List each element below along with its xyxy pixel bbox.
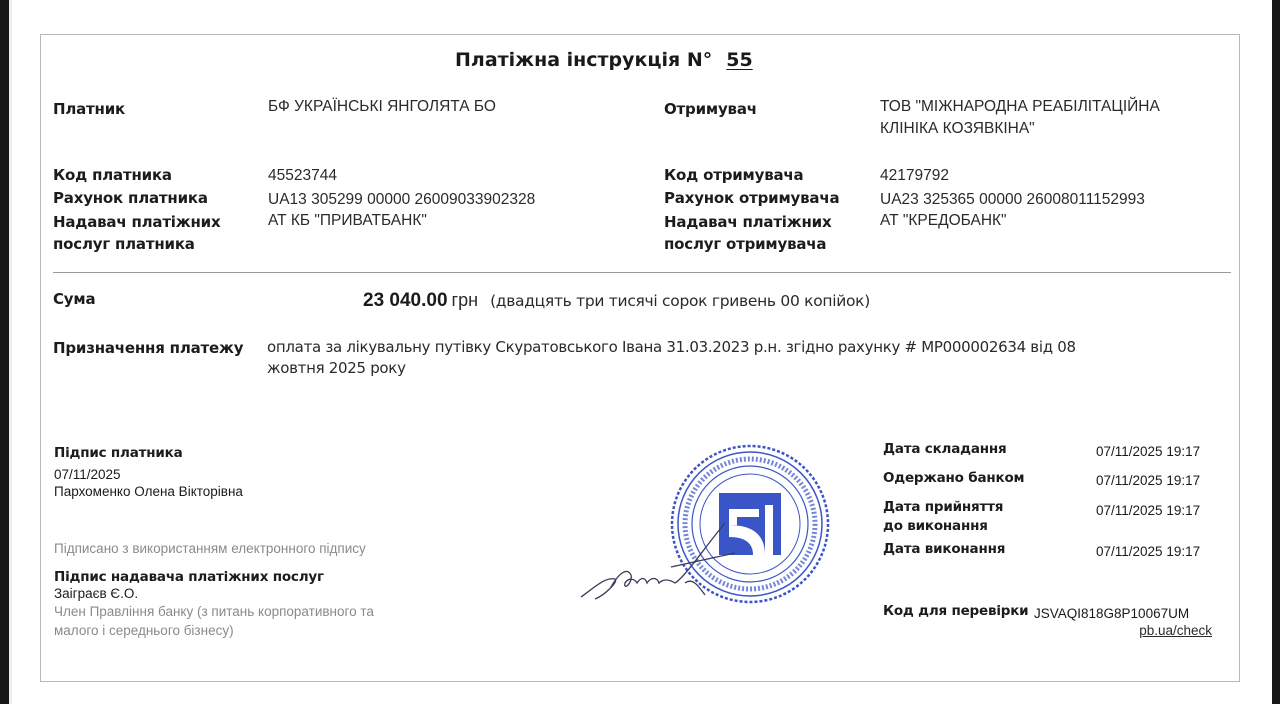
recipient-account-label: Рахунок отримувача: [664, 187, 839, 209]
payer-code-label: Код платника: [53, 164, 172, 186]
payer-label: Платник: [53, 98, 125, 120]
amount: 23 040.00грн(двадцять три тисячі сорок г…: [363, 290, 870, 312]
payer-provider-label-line1: Надавач платіжних: [53, 211, 220, 233]
recipient-provider-label-line2: послуг отримувача: [664, 233, 831, 255]
payer-account: UA13 305299 00000 26009033902328: [268, 189, 535, 211]
provider-signature-position: Член Правління банку (з питань корпорати…: [54, 602, 374, 640]
amount-label: Сума: [53, 288, 95, 310]
provider-position-line1: Член Правління банку (з питань корпорати…: [54, 602, 374, 621]
recipient-provider-label: Надавач платіжних послуг отримувача: [664, 211, 831, 255]
purpose-line2: жовтня 2025 року: [267, 358, 1076, 379]
recipient-name-line1: ТОВ "МІЖНАРОДНА РЕАБІЛІТАЦІЙНА: [880, 96, 1160, 118]
provider-signature-name: Заіграєв Є.О.: [54, 584, 138, 603]
recipient-name-line2: КЛІНІКА КОЗЯВКІНА": [880, 118, 1160, 140]
date-received-value: 07/11/2025 19:17: [1096, 471, 1200, 490]
date-executed-label: Дата виконання: [883, 540, 1005, 559]
document-title: Платіжна інструкція N°55: [455, 49, 753, 71]
payer-signature-label: Підпис платника: [54, 444, 183, 463]
payer-provider-label: Надавач платіжних послуг платника: [53, 211, 220, 255]
date-accepted-label-line1: Дата прийняття: [883, 498, 1003, 517]
handwritten-signature-icon: [575, 517, 745, 607]
section-divider: [53, 272, 1231, 273]
recipient-provider-label-line1: Надавач платіжних: [664, 211, 831, 233]
date-received-label: Одержано банком: [883, 469, 1024, 488]
recipient-provider: АТ "КРЕДОБАНК": [880, 210, 1007, 232]
verification-label: Код для перевірки: [883, 602, 1028, 621]
window-edge-strip: [9, 0, 12, 704]
window-edge-right: [1272, 0, 1280, 704]
date-executed-value: 07/11/2025 19:17: [1096, 542, 1200, 561]
window-edge-left: [0, 0, 9, 704]
date-created-label: Дата складання: [883, 440, 1006, 459]
date-accepted-label: Дата прийняття до виконання: [883, 498, 1003, 536]
recipient-label: Отримувач: [664, 98, 757, 120]
payer-name: БФ УКРАЇНСЬКІ ЯНГОЛЯТА БО: [268, 96, 496, 118]
amount-value: 23 040.00: [363, 290, 448, 311]
date-created-value: 07/11/2025 19:17: [1096, 442, 1200, 461]
payer-provider-label-line2: послуг платника: [53, 233, 220, 255]
recipient-account: UA23 325365 00000 26008011152993: [880, 189, 1145, 211]
recipient-code: 42179792: [880, 165, 949, 187]
payer-code: 45523744: [268, 165, 337, 187]
payer-signature-name: Пархоменко Олена Вікторівна: [54, 482, 243, 501]
date-accepted-value: 07/11/2025 19:17: [1096, 501, 1200, 520]
amount-currency: грн: [452, 290, 479, 310]
purpose-text: оплата за лікувальну путівку Скуратовськ…: [267, 337, 1076, 379]
payer-provider: АТ КБ "ПРИВАТБАНК": [268, 210, 427, 232]
purpose-line1: оплата за лікувальну путівку Скуратовськ…: [267, 337, 1076, 358]
date-accepted-label-line2: до виконання: [883, 517, 1003, 536]
payer-account-label: Рахунок платника: [53, 187, 208, 209]
document-title-text: Платіжна інструкція N°: [455, 49, 712, 71]
recipient-code-label: Код отримувача: [664, 164, 803, 186]
payment-instruction-document: Платіжна інструкція N°55 Платник БФ УКРА…: [40, 34, 1240, 682]
verification-link[interactable]: pb.ua/check: [1139, 621, 1212, 640]
amount-words: (двадцять три тисячі сорок гривень 00 ко…: [490, 292, 870, 310]
purpose-label: Призначення платежу: [53, 337, 243, 359]
electronic-signature-note: Підписано з використанням електронного п…: [54, 539, 366, 558]
provider-position-line2: малого і середнього бізнесу): [54, 621, 374, 640]
recipient-name: ТОВ "МІЖНАРОДНА РЕАБІЛІТАЦІЙНА КЛІНІКА К…: [880, 96, 1160, 140]
document-number: 55: [726, 49, 752, 71]
